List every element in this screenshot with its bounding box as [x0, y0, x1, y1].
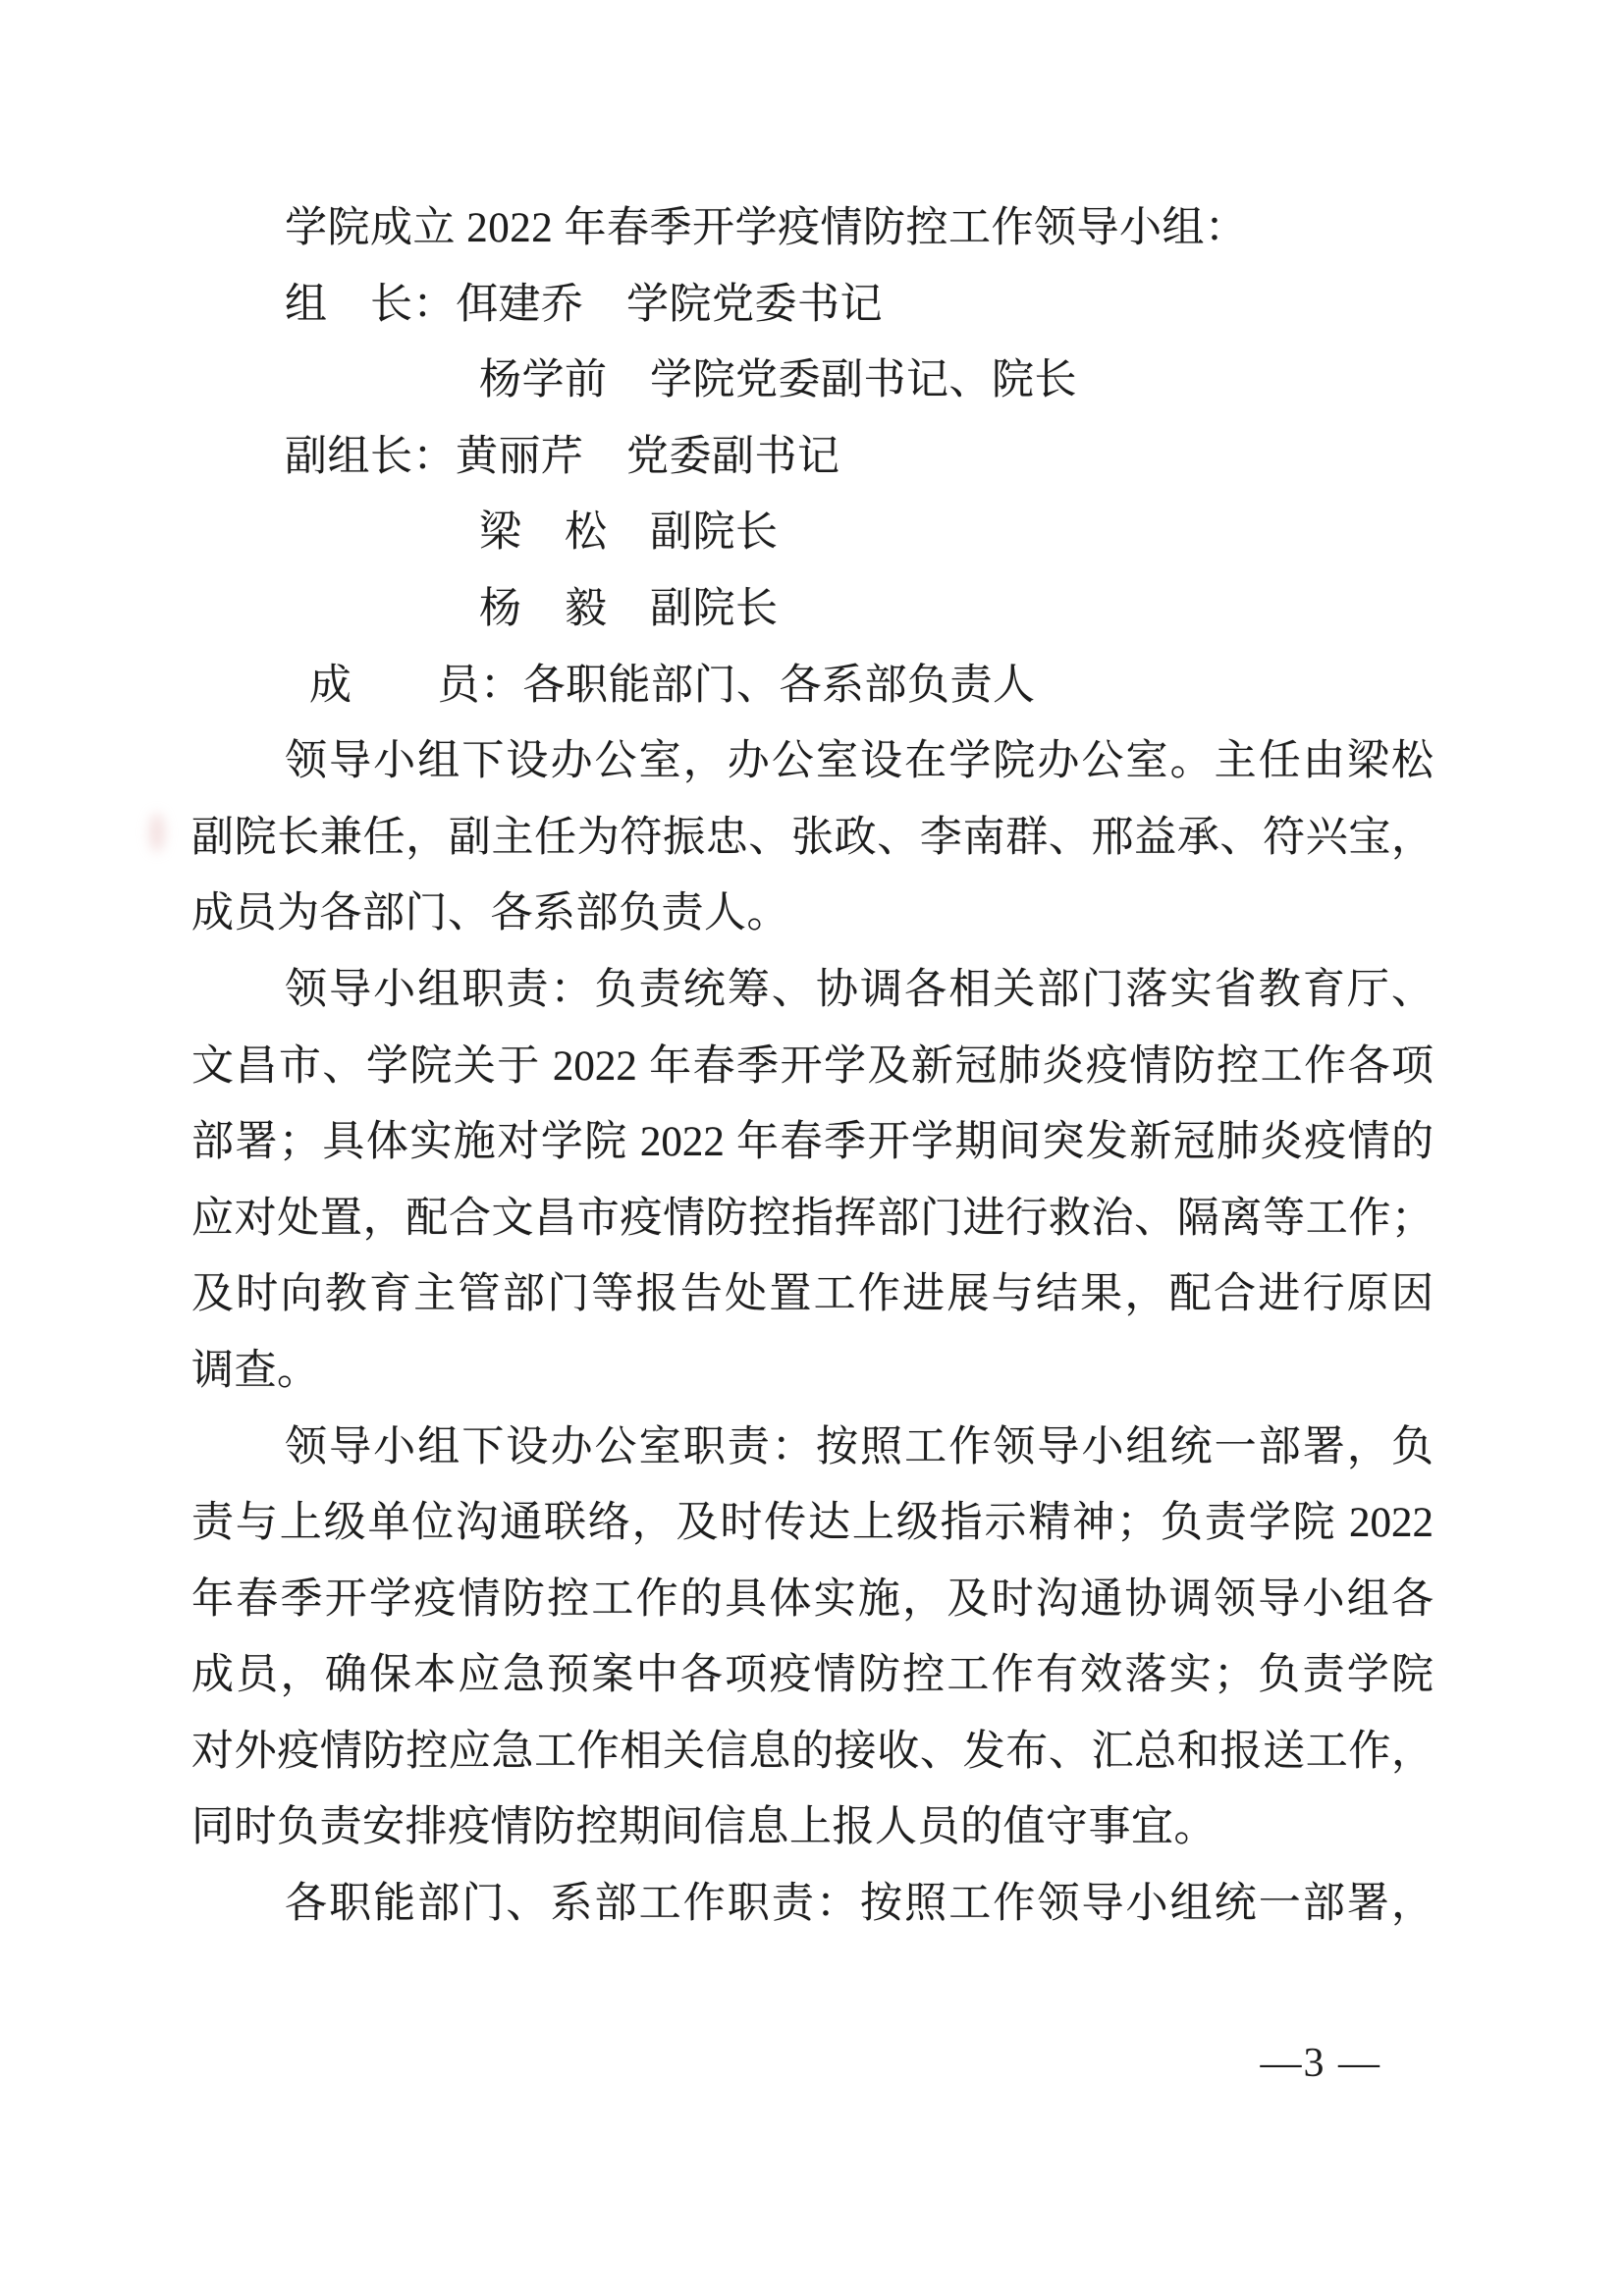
page-number: —3 —: [1261, 2034, 1382, 2093]
doc-line: 领导小组职责：负责统筹、协调各相关部门落实省教育厅、: [191, 952, 1434, 1029]
doc-line: 对外疫情防控应急工作相关信息的接收、发布、汇总和报送工作，: [191, 1714, 1434, 1790]
doc-line: 梁 松 副院长: [191, 495, 1434, 571]
doc-line: 杨 毅 副院长: [191, 571, 1434, 648]
doc-line: 各职能部门、系部工作职责：按照工作领导小组统一部署，: [191, 1866, 1434, 1943]
doc-line: 同时负责安排疫情防控期间信息上报人员的值守事宜。: [191, 1789, 1434, 1866]
doc-line: 责与上级单位沟通联络，及时传达上级指示精神；负责学院 2022: [191, 1485, 1434, 1562]
scan-smudge: [149, 813, 165, 852]
doc-line: 副组长：黄丽芹 党委副书记: [191, 419, 1434, 496]
doc-line: 调查。: [191, 1333, 1434, 1410]
doc-line: 学院成立 2022 年春季开学疫情防控工作领导小组：: [191, 190, 1434, 267]
document-page: 学院成立 2022 年春季开学疫情防控工作领导小组： 组 长：佴建乔 学院党委书…: [0, 0, 1623, 2296]
doc-line: 成员为各部门、各系部负责人。: [191, 876, 1434, 952]
doc-line: 部署；具体实施对学院 2022 年春季开学期间突发新冠肺炎疫情的: [191, 1104, 1434, 1181]
doc-line: 应对处置，配合文昌市疫情防控指挥部门进行救治、隔离等工作；: [191, 1181, 1434, 1257]
doc-line: 领导小组下设办公室职责：按照工作领导小组统一部署，负: [191, 1410, 1434, 1486]
doc-line: 成 员：各职能部门、各系部负责人: [191, 648, 1434, 724]
doc-line: 文昌市、学院关于 2022 年春季开学及新冠肺炎疫情防控工作各项: [191, 1029, 1434, 1105]
doc-line: 杨学前 学院党委副书记、院长: [191, 343, 1434, 419]
doc-line: 副院长兼任，副主任为符振忠、张政、李南群、邢益承、符兴宝，: [191, 800, 1434, 877]
doc-line: 组 长：佴建乔 学院党委书记: [191, 267, 1434, 344]
doc-line: 年春季开学疫情防控工作的具体实施，及时沟通协调领导小组各: [191, 1562, 1434, 1638]
doc-line: 成员，确保本应急预案中各项疫情防控工作有效落实；负责学院: [191, 1637, 1434, 1714]
document-body: 学院成立 2022 年春季开学疫情防控工作领导小组： 组 长：佴建乔 学院党委书…: [191, 190, 1434, 1943]
doc-line: 及时向教育主管部门等报告处置工作进展与结果，配合进行原因: [191, 1256, 1434, 1333]
doc-line: 领导小组下设办公室，办公室设在学院办公室。主任由梁松: [191, 723, 1434, 800]
